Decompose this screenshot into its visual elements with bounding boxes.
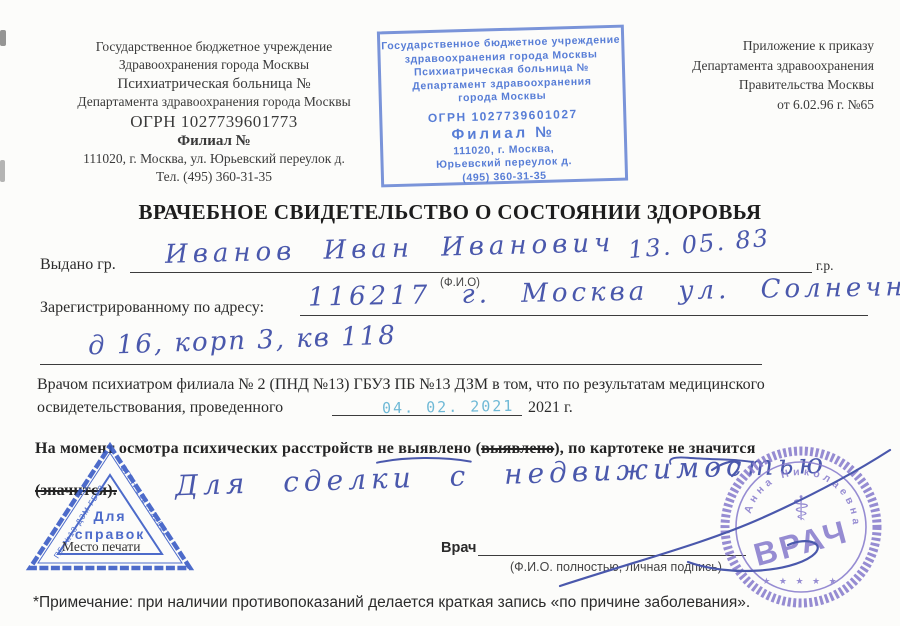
issuer-line: Государственное бюджетное учреждение <box>58 38 370 56</box>
doctor-signature-rule <box>478 537 746 556</box>
result-not-found: не выявлено <box>377 440 471 458</box>
doctor-label: Врач <box>441 540 476 556</box>
order-line: Приложение к приказу <box>664 36 874 56</box>
examination-year: 2021 г. <box>528 399 573 417</box>
round-stamp-stars: ★ ★ ★ ★ ★ <box>762 576 839 586</box>
document-title: ВРАЧЕБНОЕ СВИДЕТЕЛЬСТВО О СОСТОЯНИИ ЗДОР… <box>0 200 900 225</box>
doctor-fio-caption: (Ф.И.О. полностью, личная подпись) <box>510 560 722 574</box>
place-of-seal-label: Место печати <box>62 539 140 555</box>
round-doctor-stamp: Анна Николаевна ⚕ ВРАЧ ★ ★ ★ ★ ★ <box>716 442 886 612</box>
order-line: Правительства Москвы <box>664 75 874 95</box>
order-line: от 6.02.96 г. №65 <box>664 95 874 115</box>
address-label: Зарегистрированному по адресу: <box>40 299 264 317</box>
exam-date-stamp: 04. 02. 2021 <box>382 397 515 417</box>
result-found-struck: выявлено <box>481 440 554 457</box>
issuer-address: 111020, г. Москва, ул. Юрьевский переуло… <box>58 150 370 168</box>
examination-text-line1: Врачом психиатром филиала № 2 (ПНД №13) … <box>37 376 869 394</box>
triangle-stamp-line1: Для <box>93 508 126 524</box>
examination-text-line2: освидетельствования, проведенного <box>37 399 283 417</box>
scanned-medical-certificate: Государственное бюджетное учреждение Здр… <box>0 0 900 626</box>
birth-suffix: г.р. <box>816 258 834 274</box>
order-line: Департамента здравоохранения <box>664 56 874 76</box>
scan-artifact <box>0 30 6 46</box>
issued-to-label: Выдано гр. <box>40 256 116 274</box>
order-reference-block: Приложение к приказу Департамента здраво… <box>664 36 874 114</box>
triangular-reference-stamp: Для справок ПБ №13 ДЗМ ГБУЗ ОГРН 1027739… <box>24 441 196 581</box>
issuer-hospital-name: Психиатрическая больница № <box>58 75 370 93</box>
scan-artifact <box>0 160 5 182</box>
issuer-branch: Филиал № <box>58 132 370 150</box>
issuer-phone: Тел. (495) 360-31-35 <box>58 168 370 186</box>
issuer-line: Департамента здравоохранения города Моск… <box>58 93 370 111</box>
stamp-ogrn: ОГРН 1027739601027 <box>382 106 623 126</box>
issuer-line: Здравоохранения города Москвы <box>58 56 370 74</box>
issuer-header-block: Государственное бюджетное учреждение Здр… <box>58 38 370 186</box>
issuer-ogrn: ОГРН 1027739601773 <box>58 113 370 131</box>
rectangular-org-stamp: Государственное бюджетное учреждение здр… <box>377 25 628 188</box>
